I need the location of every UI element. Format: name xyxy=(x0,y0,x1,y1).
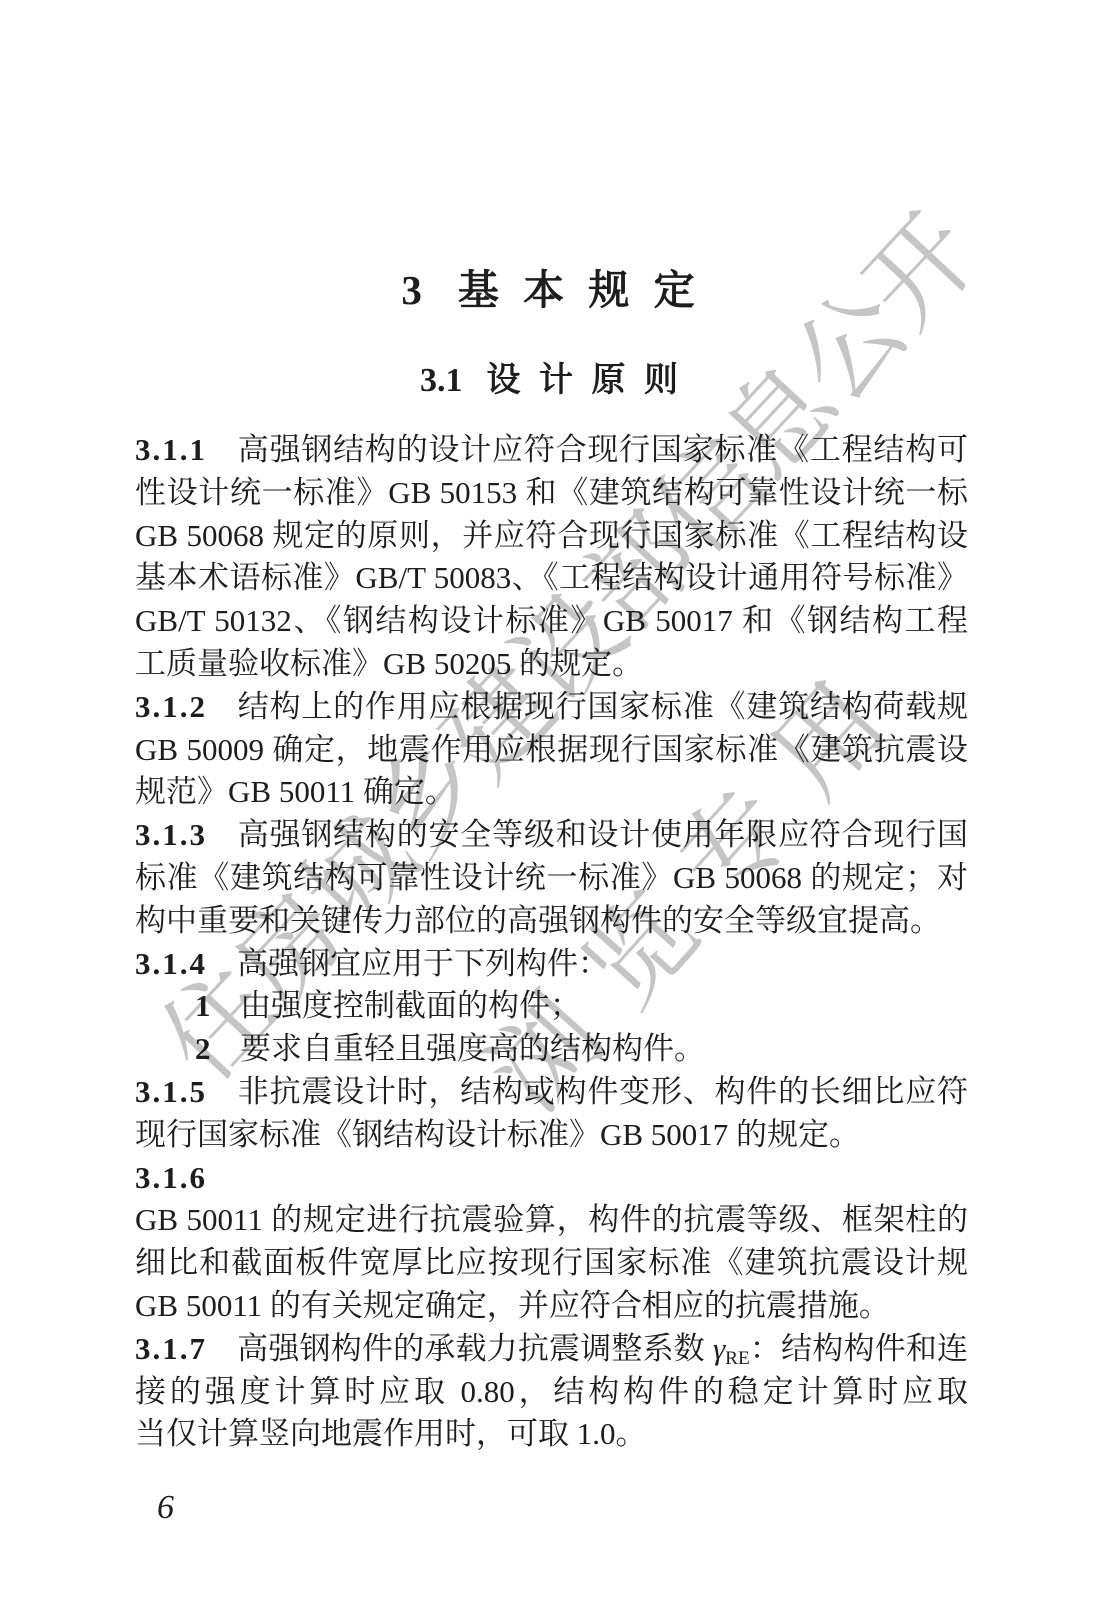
line-text: GB 50011 的有关规定确定，并应符合相应的抗震措施。 xyxy=(135,1288,890,1323)
paragraph-number: 3.1.3 xyxy=(135,814,237,857)
body-line: 细比和截面板件宽厚比应按现行国家标准《建筑抗震设计规范》 xyxy=(135,1242,968,1285)
paragraph-3.1.6: 3.1.6抗震设计时，应按现行国家标准《建筑抗震设计规范》GB 50011 的规… xyxy=(135,1157,968,1328)
document-body: 3.1.1高强钢结构的设计应符合现行国家标准《工程结构可靠性设计统一标准》GB … xyxy=(135,429,968,1456)
line-text: 结构上的作用应根据现行国家标准《建筑结构荷载规范》 xyxy=(135,689,968,729)
line-text: 接的强度计算时应取 0.80，结构构件的稳定计算时应取 0.85； xyxy=(135,1374,968,1414)
line-text: 性设计统一标准》GB 50153 和《建筑结构可靠性设计统一标准》 xyxy=(135,475,968,515)
line-text: GB 50009 确定，地震作用应根据现行国家标准《建筑抗震设计 xyxy=(135,732,968,772)
line-text: 工质量验收标准》GB 50205 的规定。 xyxy=(135,646,643,681)
body-line: GB 50009 确定，地震作用应根据现行国家标准《建筑抗震设计 xyxy=(135,729,968,772)
paragraph-number: 3.1.6 xyxy=(135,1157,237,1200)
line-text: ：结构构件和连 xyxy=(750,1331,968,1366)
paragraph-number: 3.1.2 xyxy=(135,686,237,729)
paragraph-3.1.7: 3.1.7高强钢构件的承载力抗震调整系数 γRE：结构构件和连接的强度计算时应取… xyxy=(135,1328,968,1456)
body-line: 基本术语标准》GB/T 50083、《工程结构设计通用符号标准》 xyxy=(135,557,968,600)
body-line: 1由强度控制截面的构件； xyxy=(135,985,968,1028)
body-line: 3.1.3高强钢结构的安全等级和设计使用年限应符合现行国家 xyxy=(135,814,968,857)
body-line: 3.1.1高强钢结构的设计应符合现行国家标准《工程结构可靠 xyxy=(135,429,968,472)
line-text: GB/T 50132、《钢结构设计标准》GB 50017 和《钢结构工程施 xyxy=(135,603,968,643)
item-number: 1 xyxy=(195,985,240,1028)
body-line: 3.1.4高强钢宜应用于下列构件： xyxy=(135,943,968,986)
body-line: GB 50011 的有关规定确定，并应符合相应的抗震措施。 xyxy=(135,1285,968,1328)
line-text: 当仅计算竖向地震作用时，可取 1.0。 xyxy=(135,1416,647,1451)
line-text: γ xyxy=(713,1331,725,1366)
body-line: GB 50011 的规定进行抗震验算，构件的抗震等级、框架柱的长 xyxy=(135,1199,968,1242)
body-line: 规范》GB 50011 确定。 xyxy=(135,771,968,814)
document-page: 住房城乡建设部信息公开 浏览专用 3基 本 规 定 3.1设 计 原 则 3.1… xyxy=(0,0,1103,1598)
line-text: GB 50068 规定的原则，并应符合现行国家标准《工程结构设计 xyxy=(135,518,968,558)
line-text: 由强度控制截面的构件； xyxy=(240,988,581,1023)
chapter-name: 基 本 规 定 xyxy=(458,267,702,313)
chapter-title: 3基 本 规 定 xyxy=(0,266,1103,314)
line-text: 高强钢结构的安全等级和设计使用年限应符合现行国家 xyxy=(135,817,968,857)
item-number: 2 xyxy=(195,1028,240,1071)
line-text: 要求自重轻且强度高的结构构件。 xyxy=(240,1031,705,1066)
paragraph-3.1.4: 3.1.4高强钢宜应用于下列构件：1由强度控制截面的构件；2要求自重轻且强度高的… xyxy=(135,943,968,1071)
line-text: 细比和截面板件宽厚比应按现行国家标准《建筑抗震设计规范》 xyxy=(135,1245,968,1285)
body-line: 性设计统一标准》GB 50153 和《建筑结构可靠性设计统一标准》 xyxy=(135,472,968,515)
body-line: 标准《建筑结构可靠性设计统一标准》GB 50068 的规定；对结 xyxy=(135,857,968,900)
line-text: 规范》GB 50011 确定。 xyxy=(135,774,456,809)
paragraph-3.1.2: 3.1.2结构上的作用应根据现行国家标准《建筑结构荷载规范》GB 50009 确… xyxy=(135,686,968,814)
chapter-number: 3 xyxy=(401,267,422,313)
line-text: 基本术语标准》GB/T 50083、《工程结构设计通用符号标准》 xyxy=(135,560,968,595)
paragraph-3.1.3: 3.1.3高强钢结构的安全等级和设计使用年限应符合现行国家标准《建筑结构可靠性设… xyxy=(135,814,968,942)
body-line: 3.1.6抗震设计时，应按现行国家标准《建筑抗震设计规范》 xyxy=(135,1157,968,1200)
body-line: 3.1.2结构上的作用应根据现行国家标准《建筑结构荷载规范》 xyxy=(135,686,968,729)
body-line: 工质量验收标准》GB 50205 的规定。 xyxy=(135,643,968,686)
paragraph-number: 3.1.4 xyxy=(135,943,237,986)
line-text: GB 50011 的规定进行抗震验算，构件的抗震等级、框架柱的长 xyxy=(135,1202,968,1242)
line-text: 构中重要和关键传力部位的高强钢构件的安全等级宜提高。 xyxy=(135,903,941,938)
body-line: 现行国家标准《钢结构设计标准》GB 50017 的规定。 xyxy=(135,1114,968,1157)
body-line: 构中重要和关键传力部位的高强钢构件的安全等级宜提高。 xyxy=(135,900,968,943)
section-title: 3.1设 计 原 则 xyxy=(0,360,1103,402)
body-line: 3.1.5非抗震设计时，结构或构件变形、构件的长细比应符合 xyxy=(135,1071,968,1114)
line-text: 标准《建筑结构可靠性设计统一标准》GB 50068 的规定；对结 xyxy=(135,860,968,900)
line-text: 现行国家标准《钢结构设计标准》GB 50017 的规定。 xyxy=(135,1117,860,1152)
section-number: 3.1 xyxy=(420,362,463,399)
line-text: 高强钢结构的设计应符合现行国家标准《工程结构可靠 xyxy=(135,432,968,472)
page-content: 3基 本 规 定 3.1设 计 原 则 3.1.1高强钢结构的设计应符合现行国家… xyxy=(0,0,1103,1598)
paragraph-number: 3.1.1 xyxy=(135,429,237,472)
body-line: 3.1.7高强钢构件的承载力抗震调整系数 γRE：结构构件和连 xyxy=(135,1328,968,1371)
line-text: 高强钢宜应用于下列构件： xyxy=(237,946,609,981)
paragraph-number: 3.1.7 xyxy=(135,1328,237,1371)
paragraph-3.1.1: 3.1.1高强钢结构的设计应符合现行国家标准《工程结构可靠性设计统一标准》GB … xyxy=(135,429,968,686)
paragraph-3.1.5: 3.1.5非抗震设计时，结构或构件变形、构件的长细比应符合现行国家标准《钢结构设… xyxy=(135,1071,968,1157)
page-number: 6 xyxy=(157,1486,174,1530)
body-line: 当仅计算竖向地震作用时，可取 1.0。 xyxy=(135,1413,968,1456)
paragraph-number: 3.1.5 xyxy=(135,1071,237,1114)
body-line: 2要求自重轻且强度高的结构构件。 xyxy=(135,1028,968,1071)
subscript-text: RE xyxy=(725,1348,750,1369)
body-line: GB 50068 规定的原则，并应符合现行国家标准《工程结构设计 xyxy=(135,515,968,558)
body-line: GB/T 50132、《钢结构设计标准》GB 50017 和《钢结构工程施 xyxy=(135,600,968,643)
line-text: 非抗震设计时，结构或构件变形、构件的长细比应符合 xyxy=(135,1074,968,1114)
line-text: 高强钢构件的承载力抗震调整系数 xyxy=(237,1331,713,1366)
section-name: 设 计 原 则 xyxy=(487,362,684,399)
body-line: 接的强度计算时应取 0.80，结构构件的稳定计算时应取 0.85； xyxy=(135,1371,968,1414)
